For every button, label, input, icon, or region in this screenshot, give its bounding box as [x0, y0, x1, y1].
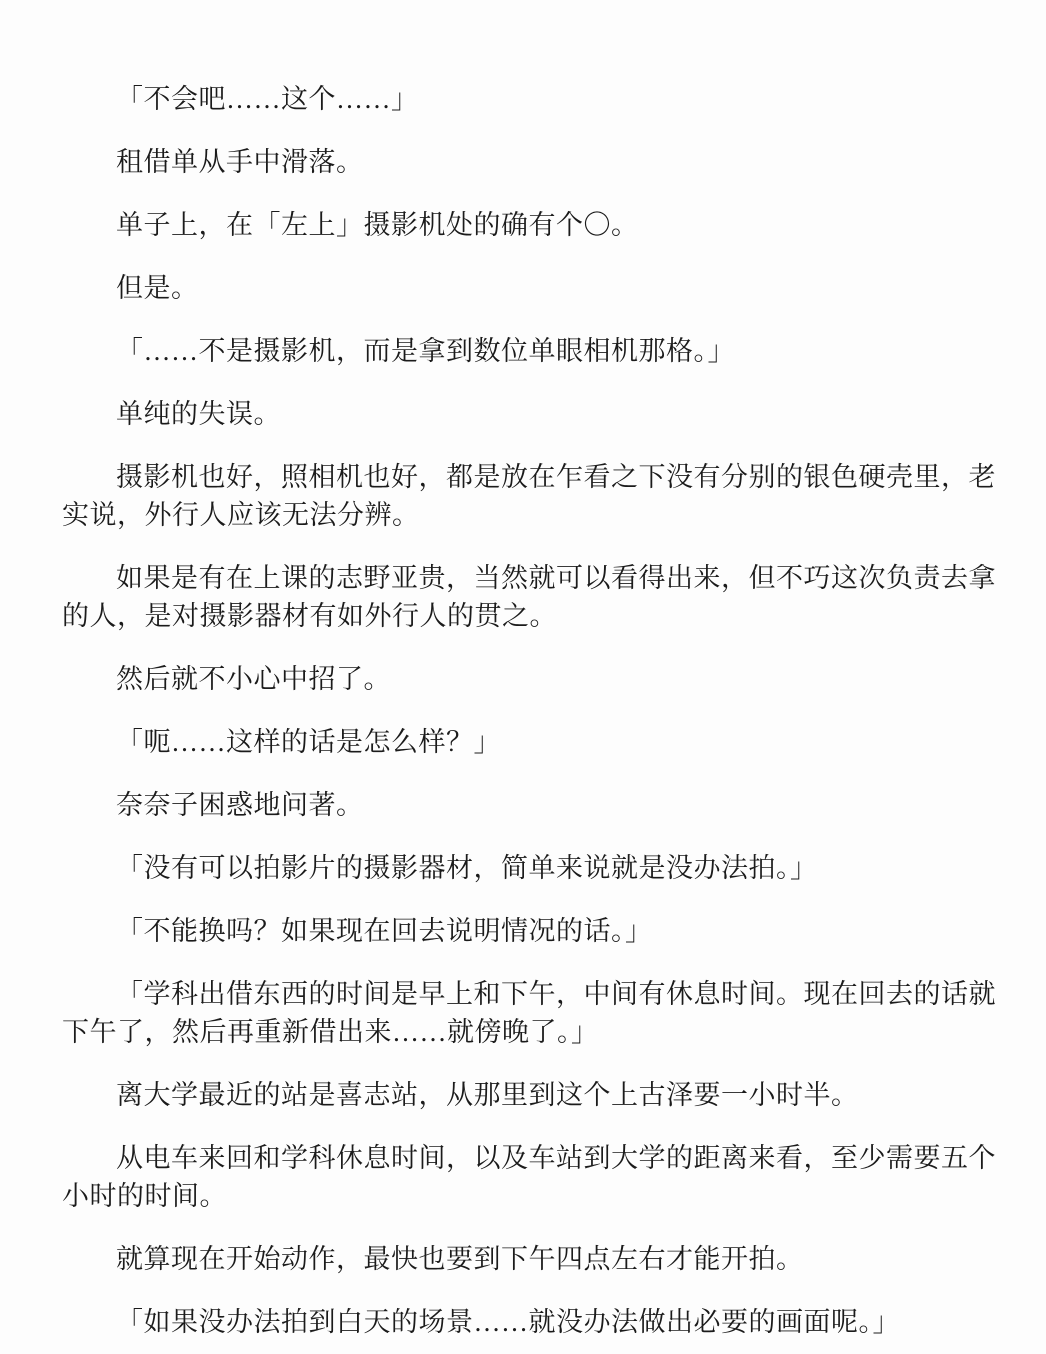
- paragraph: 「不会吧……这个……」: [62, 80, 996, 118]
- novel-page: 「不会吧……这个……」 租借单从手中滑落。 单子上，在「左上」摄影机处的确有个〇…: [0, 0, 1046, 1354]
- paragraph: 奈奈子困惑地问著。: [62, 786, 996, 824]
- paragraph: 离大学最近的站是喜志站，从那里到这个上古泽要一小时半。: [62, 1076, 996, 1114]
- paragraph: 但是。: [62, 269, 996, 307]
- paragraph: 「如果没办法拍到白天的场景……就没办法做出必要的画面呢。」: [62, 1303, 996, 1341]
- paragraph: 从电车来回和学科休息时间，以及车站到大学的距离来看，至少需要五个小时的时间。: [62, 1139, 996, 1215]
- paragraph: 「没有可以拍影片的摄影器材，简单来说就是没办法拍。」: [62, 849, 996, 887]
- paragraph: 然后就不小心中招了。: [62, 660, 996, 698]
- paragraph: 就算现在开始动作，最快也要到下午四点左右才能开拍。: [62, 1240, 996, 1278]
- text-block: 「不会吧……这个……」 租借单从手中滑落。 单子上，在「左上」摄影机处的确有个〇…: [62, 80, 996, 1341]
- paragraph: 如果是有在上课的志野亚贵，当然就可以看得出来，但不巧这次负责去拿的人，是对摄影器…: [62, 559, 996, 635]
- paragraph: 单子上，在「左上」摄影机处的确有个〇。: [62, 206, 996, 244]
- paragraph: 单纯的失误。: [62, 395, 996, 433]
- paragraph: 「学科出借东西的时间是早上和下午，中间有休息时间。现在回去的话就下午了，然后再重…: [62, 975, 996, 1051]
- paragraph: 「呃……这样的话是怎么样？」: [62, 723, 996, 761]
- paragraph: 「不能换吗？如果现在回去说明情况的话。」: [62, 912, 996, 950]
- paragraph: 租借单从手中滑落。: [62, 143, 996, 181]
- paragraph: 摄影机也好，照相机也好，都是放在乍看之下没有分别的银色硬壳里，老实说，外行人应该…: [62, 458, 996, 534]
- paragraph: 「……不是摄影机，而是拿到数位单眼相机那格。」: [62, 332, 996, 370]
